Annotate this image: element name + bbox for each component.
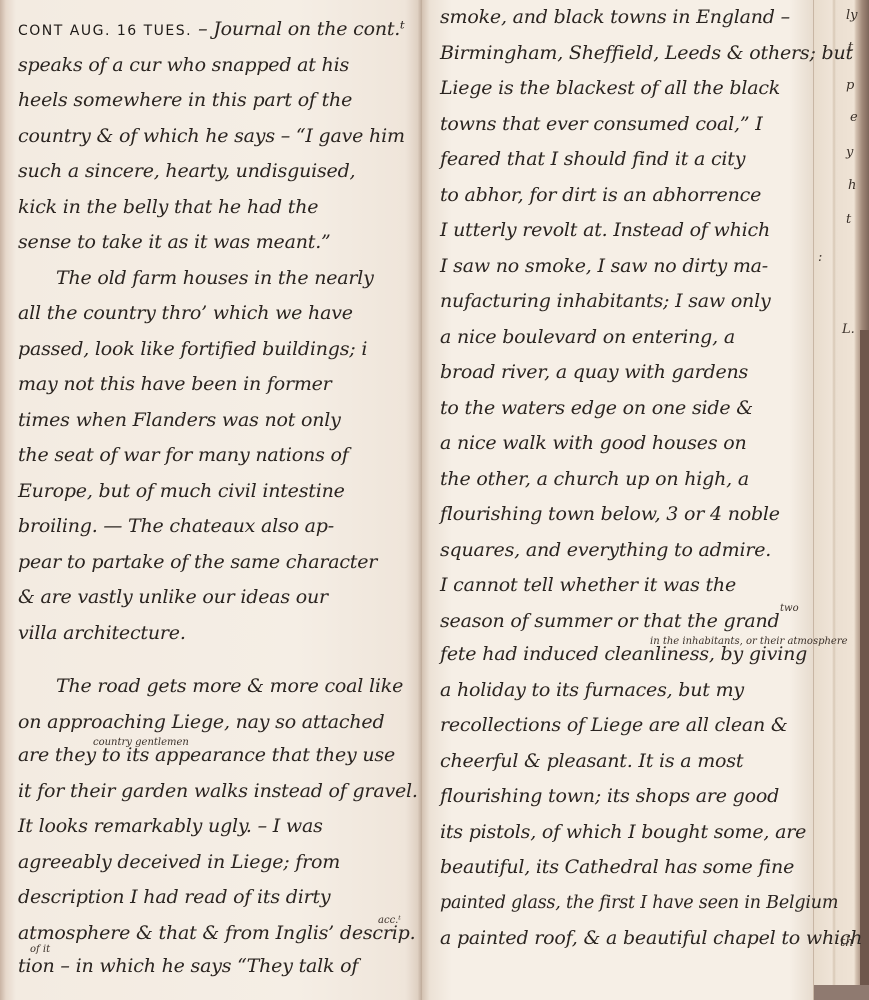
journal-line: season of summer or that the grand [440,604,807,640]
journal-line: it for their garden walks instead of gra… [18,774,414,810]
margin-fragment: t [848,40,853,55]
journal-line-paragraph-start: The road gets more & more coal like [18,669,414,705]
journal-line: sense to take it as it was meant.” [18,225,414,261]
bottom-edge-shadow [814,985,869,1000]
journal-line: tion – in which he says “They talk of [18,949,414,985]
journal-line: may not this have been in former [18,367,414,403]
journal-line: heels somewhere in this part of the [18,83,414,119]
margin-fragment: : [818,250,822,265]
journal-line: cheerful & pleasant. It is a most [440,744,807,780]
journal-line: country & of which he says – “I gave him [18,119,414,155]
journal-line: flourishing town; its shops are good [440,779,807,815]
journal-line: nufacturing inhabitants; I saw only [440,284,807,320]
journal-line: recollections of Liege are all clean & [440,708,807,744]
journal-line: Birmingham, Sheffield, Leeds & others; b… [440,36,807,72]
journal-line: I cannot tell whether it was the [440,568,807,604]
journal-line: broiling. — The chateaux also ap- [18,509,414,545]
date-header: CONT AUG. 16 TUES. [18,23,192,39]
journal-line: the other, a church up on high, a [440,462,807,498]
margin-fragment: t [846,212,851,227]
journal-line: to the waters edge on one side & [440,391,807,427]
margin-fragment: e [850,110,858,125]
margin-fragment: p [846,78,854,93]
journal-line: villa architecture. [18,616,414,652]
line-text: – Journal on the cont.ᵗ [198,18,405,40]
journal-line: I saw no smoke, I saw no dirty ma- [440,249,807,285]
journal-line: beautiful, its Cathedral has some fine [440,850,807,886]
margin-fragment: L. [842,322,855,337]
journal-line: to abhor, for dirt is an abhorrence [440,178,807,214]
journal-line: a nice walk with good houses on [440,426,807,462]
journal-line: smoke, and black towns in England – [440,0,807,36]
margin-fragment: ly [846,8,858,23]
left-page: CONT AUG. 16 TUES.– Journal on the cont.… [0,0,422,1000]
journal-line: & are vastly unlike our ideas our [18,580,414,616]
journal-spread: CONT AUG. 16 TUES.– Journal on the cont.… [0,0,869,1000]
right-page: smoke, and black towns in England – Birm… [422,0,814,1000]
journal-line: broad river, a quay with gardens [440,355,807,391]
journal-line: agreeably deceived in Liege; from [18,845,414,881]
journal-line: speaks of a cur who snapped at his [18,48,414,84]
journal-line: It looks remarkably ugly. – I was [18,809,414,845]
journal-line: on approaching Liege, nay so attached [18,705,414,741]
journal-line: all the country thro’ which we have [18,296,414,332]
journal-line: feared that I should find it a city [440,142,807,178]
journal-line: a holiday to its furnaces, but my [440,673,807,709]
journal-line: passed, look like fortified buildings; i [18,332,414,368]
margin-fragment: h [848,178,856,193]
margin-fragment: y [846,145,853,160]
page-stack-shadow [860,330,869,1000]
margin-fragment: th [840,935,854,950]
journal-line: description I had read of its dirty [18,880,414,916]
journal-line: such a sincere, hearty, undisguised, [18,154,414,190]
journal-line: kick in the belly that he had the [18,190,414,226]
journal-line: I utterly revolt at. Instead of which [440,213,807,249]
journal-line: flourishing town below, 3 or 4 noble [440,497,807,533]
journal-line: painted glass, the first I have seen in … [440,886,807,922]
journal-line: fete had induced cleanliness, by giving [440,637,807,673]
journal-line: the seat of war for many nations of [18,438,414,474]
journal-line-paragraph-start: The old farm houses in the nearly [18,261,414,297]
journal-line: its pistols, of which I bought some, are [440,815,807,851]
journal-line: pear to partake of the same character [18,545,414,581]
journal-line: towns that ever consumed coal,” I [440,107,807,143]
journal-line: times when Flanders was not only [18,403,414,439]
journal-line: are they to its appearance that they use [18,738,414,774]
journal-line: a nice boulevard on entering, a [440,320,807,356]
journal-line: Europe, but of much civil intestine [18,474,414,510]
journal-line: Liege is the blackest of all the black [440,71,807,107]
journal-line: a painted roof, & a beautiful chapel to … [440,921,807,957]
journal-line: squares, and everything to admire. [440,533,807,569]
journal-line: atmosphere & that & from Inglis’ descrip… [18,916,414,952]
journal-line: CONT AUG. 16 TUES.– Journal on the cont.… [18,12,414,48]
